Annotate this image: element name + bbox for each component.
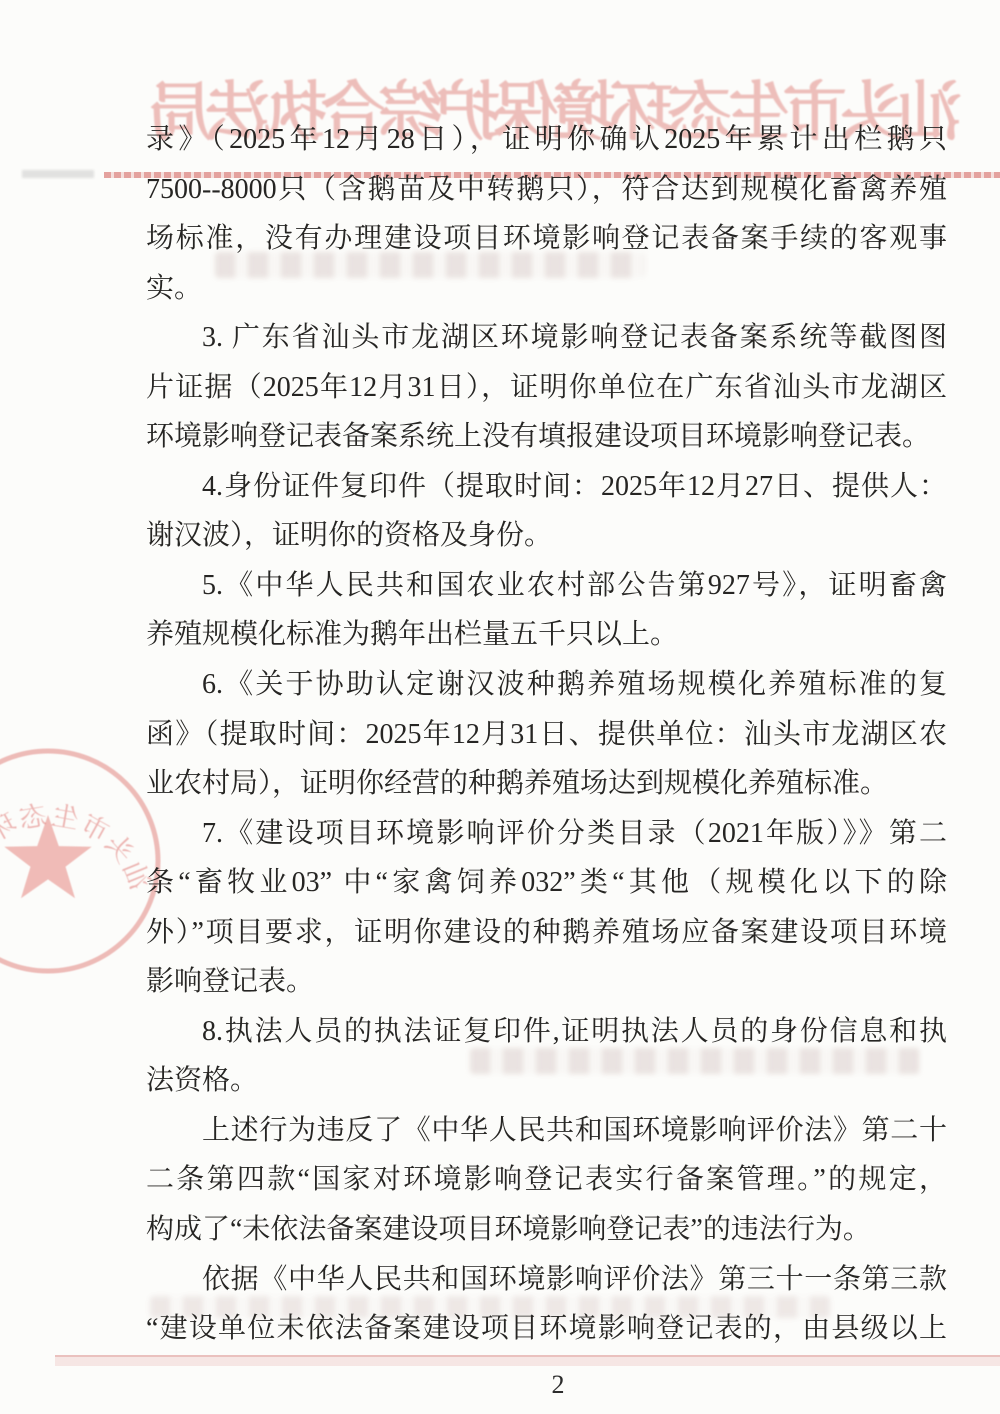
text-line: 条“畜牧业03” 中“家禽饲养032”类“其他（规模化以下的除 — [146, 858, 947, 908]
page-number: 2 — [536, 1370, 580, 1400]
text-line: 上述行为违反了《中华人民共和国环境影响评价法》第二十 — [146, 1106, 947, 1156]
text-line: 录》（2025年12月28日），证明你确认2025年累计出栏鹅只 — [146, 115, 947, 165]
text-line: 实。 — [146, 264, 947, 314]
text-line: 环境影响登记表备案系统上没有填报建设项目环境影响登记表。 — [146, 412, 947, 462]
scan-artifact-dash — [22, 170, 94, 178]
text-line: 7500--8000只（含鹅苗及中转鹅只），符合达到规模化畜禽养殖 — [146, 165, 947, 215]
text-line: 外）”项目要求，证明你建设的种鹅养殖场应备案建设项目环境 — [146, 908, 947, 958]
text-line: 6.《关于协助认定谢汉波种鹅养殖场规模化养殖标准的复 — [146, 660, 947, 710]
text-line: “建设单位未依法备案建设项目环境影响登记表的，由县级以上 — [146, 1304, 947, 1354]
text-line: 法资格。 — [146, 1056, 947, 1106]
text-line: 二条第四款“国家对环境影响登记表实行备案管理。”的规定， — [146, 1155, 947, 1205]
text-line: 3. 广东省汕头市龙湖区环境影响登记表备案系统等截图图 — [146, 313, 947, 363]
text-line: 7.《建设项目环境影响评价分类目录（2021年版）》》第二 — [146, 809, 947, 859]
text-line: 业农村局），证明你经营的种鹅养殖场达到规模化养殖标准。 — [146, 759, 947, 809]
text-line: 函》（提取时间：2025年12月31日、提供单位：汕头市龙湖区农 — [146, 710, 947, 760]
text-line: 片证据（2025年12月31日），证明你单位在广东省汕头市龙湖区 — [146, 363, 947, 413]
official-seal-stamp-icon: 汕头市生态环境局 — [0, 741, 168, 981]
text-line: 5.《中华人民共和国农业农村部公告第927号》，证明畜禽 — [146, 561, 947, 611]
text-line: 场标准，没有办理建设项目环境影响登记表备案手续的客观事 — [146, 214, 947, 264]
text-line: 依据《中华人民共和国环境影响评价法》第三十一条第三款 — [146, 1255, 947, 1305]
text-line: 养殖规模化标准为鹅年出栏量五千只以上。 — [146, 610, 947, 660]
document-body: 录》（2025年12月28日），证明你确认2025年累计出栏鹅只7500--80… — [146, 115, 947, 1354]
text-line: 4.身份证件复印件（提取时间：2025年12月27日、提供人： — [146, 462, 947, 512]
scanned-document-page: 汕头市生态环境保护综合执法局 汕头市生态环境局 录》（2025年12月28日），… — [0, 0, 1000, 1414]
text-line: 8.执法人员的执法证复印件,证明执法人员的身份信息和执 — [146, 1007, 947, 1057]
text-line: 谢汉波），证明你的资格及身份。 — [146, 511, 947, 561]
text-line: 构成了“未依法备案建设项目环境影响登记表”的违法行为。 — [146, 1205, 947, 1255]
footer-divider-band — [55, 1355, 1000, 1366]
text-line: 影响登记表。 — [146, 957, 947, 1007]
